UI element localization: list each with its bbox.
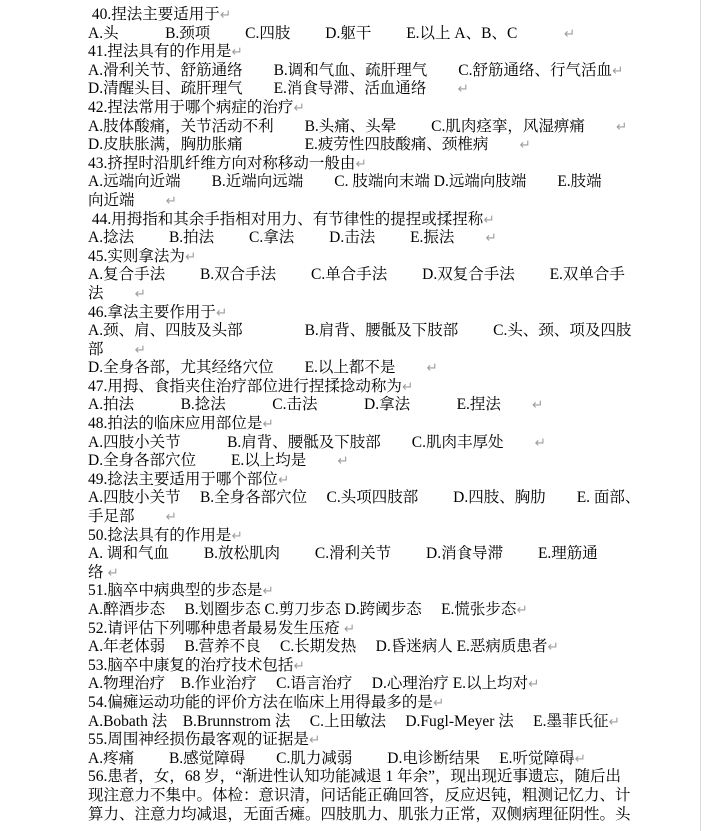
document-line: A.远端向近端 B.近端向远端 C. 肢端向末端 D.远端向肢端 E.肢端 (88, 173, 709, 192)
line-text: A.复合手法 B.双合手法 C.单合手法 D.双复合手法 E.双单合手 (88, 266, 625, 283)
paragraph-mark-icon: ↵ (135, 286, 146, 302)
paragraph-mark-icon: ↵ (609, 714, 620, 730)
line-text: D.皮肤胀满，胸肋胀痛 E.疲劳性四肢酸痛、颈椎病 (88, 136, 519, 153)
line-text: 现注意力不集中。体检：意识清，问话能正确回答，反应迟钝，粗测记忆力、计 (88, 787, 631, 804)
document-line: A.四肢小关节 B.全身各部穴位 C.头项四肢部 D.四肢、胸肋 E. 面部、 (88, 489, 709, 508)
paragraph-mark-icon: ↵ (166, 509, 177, 525)
paragraph-mark-icon: ↵ (344, 621, 355, 637)
document-line: 40.捏法主要适用于↵ (88, 6, 709, 25)
line-text: 43.挤捏时沿肌纤维方向对称移动一般由 (88, 155, 355, 172)
line-text: 55.周围神经损伤最客观的证据是 (88, 731, 309, 748)
document-line: 现注意力不集中。体检：意识清，问话能正确回答，反应迟钝，粗测记忆力、计 (88, 787, 709, 806)
paragraph-mark-icon: ↵ (612, 63, 623, 79)
line-text: A.头 B.颈项 C.四肢 D.躯干 E.以上 A、B、C (88, 25, 564, 42)
line-text: 52.请评估下列哪种患者最易发生压疮 (88, 620, 344, 637)
line-text: 络 (88, 564, 107, 581)
document-line: 41.捏法具有的作用是↵ (88, 43, 709, 62)
paragraph-mark-icon: ↵ (575, 751, 586, 767)
paragraph-mark-icon: ↵ (135, 342, 146, 358)
paragraph-mark-icon: ↵ (519, 137, 530, 153)
line-text: 手足部 (88, 508, 166, 525)
document-line: 51.脑卒中病典型的步态是↵ (88, 582, 709, 601)
paragraph-mark-icon: ↵ (402, 379, 413, 395)
line-text: 46.拿法主要作用于 (88, 304, 216, 321)
paragraph-mark-icon: ↵ (262, 416, 273, 432)
paragraph-mark-icon: ↵ (309, 732, 320, 748)
document-page: 40.捏法主要适用于↵A.头 B.颈项 C.四肢 D.躯干 E.以上 A、B、C… (0, 0, 709, 831)
document-line: A.滑利关节、舒筋通络 B.调和气血、疏肝理气 C.舒筋通络、行气活血↵ (88, 62, 709, 81)
document-line: D.全身各部，尤其经络穴位 E.以上都不是 ↵ (88, 359, 709, 378)
line-text: 49.捻法主要适用于哪个部位 (88, 471, 278, 488)
document-line: 42.捏法常用于哪个病症的治疗↵ (88, 99, 709, 118)
document-line: A. 调和气血 B.放松肌肉 C.滑利关节 D.消食导滞 E.理筋通 (88, 545, 709, 564)
line-text: A.肢体酸痛，关节活动不利 B.头痛、头晕 C.肌肉痉挛，风湿痹痛 (88, 118, 616, 135)
document-line: 49.捻法主要适用于哪个部位↵ (88, 471, 709, 490)
paragraph-mark-icon: ↵ (293, 658, 304, 674)
page-edge-divider (700, 0, 701, 831)
line-text: A.四肢小关节 B.全身各部穴位 C.头项四肢部 D.四肢、胸肋 E. 面部、 (88, 489, 640, 506)
document-line: A.Bobath 法 B.Brunnstrom 法 C.上田敏法 D.Fugl-… (88, 713, 709, 732)
paragraph-mark-icon: ↵ (262, 583, 273, 599)
line-text: 45.实则拿法为 (88, 248, 185, 265)
line-text: 50.捻法具有的作用是 (88, 527, 231, 544)
document-line: A.疼痛 B.感觉障碍 C.肌力减弱 D.电诊断结果 E.听觉障碍↵ (88, 750, 709, 769)
line-text: 法 (88, 285, 135, 302)
document-line: 55.周围神经损伤最客观的证据是↵ (88, 731, 709, 750)
line-text: A.疼痛 B.感觉障碍 C.肌力减弱 D.电诊断结果 E.听觉障碍 (88, 750, 575, 767)
paragraph-mark-icon: ↵ (166, 193, 177, 209)
paragraph-mark-icon: ↵ (528, 676, 539, 692)
line-text: D.全身各部，尤其经络穴位 E.以上都不是 (88, 359, 426, 376)
line-text: 算力、注意力均减退，无面舌瘫。四肢肌力、肌张力正常，双侧病理征阴性。头 (88, 806, 631, 823)
paragraph-mark-icon: ↵ (220, 7, 231, 23)
document-line: 络 ↵ (88, 564, 709, 583)
document-line: 46.拿法主要作用于↵ (88, 304, 709, 323)
paragraph-mark-icon: ↵ (231, 528, 242, 544)
paragraph-mark-icon: ↵ (278, 472, 289, 488)
document-line: 手足部 ↵ (88, 508, 709, 527)
line-text: 47.用拇、食指夹住治疗部位进行捏揉捻动称为 (88, 378, 402, 395)
document-line: 43.挤捏时沿肌纤维方向对称移动一般由↵ (88, 155, 709, 174)
line-text: A.远端向近端 B.近端向远端 C. 肢端向末端 D.远端向肢端 E.肢端 (88, 173, 602, 190)
question-list: 40.捏法主要适用于↵A.头 B.颈项 C.四肢 D.躯干 E.以上 A、B、C… (88, 6, 709, 824)
paragraph-mark-icon: ↵ (107, 565, 118, 581)
paragraph-mark-icon: ↵ (532, 397, 543, 413)
document-line: A.年老体弱 B.营养不良 C.长期发热 D.昏迷病人 E.恶病质患者↵ (88, 638, 709, 657)
document-line: A.捻法 B.拍法 C.拿法 D.击法 E.振法 ↵ (88, 229, 709, 248)
document-line: 48.拍法的临床应用部位是↵ (88, 415, 709, 434)
document-line: 54.偏瘫运动功能的评价方法在临床上用得最多的是↵ (88, 694, 709, 713)
document-line: 52.请评估下列哪种患者最易发生压疮 ↵ (88, 620, 709, 639)
line-text: A.醉酒步态 B.划圈步态 C.剪刀步态 D.跨阈步态 E.慌张步态 (88, 601, 516, 618)
paragraph-mark-icon: ↵ (433, 695, 444, 711)
line-text: A.四肢小关节 B.肩背、腰骶及下肢部 C.肌肉丰厚处 (88, 434, 535, 451)
document-line: A.头 B.颈项 C.四肢 D.躯干 E.以上 A、B、C ↵ (88, 25, 709, 44)
paragraph-mark-icon: ↵ (337, 453, 348, 469)
line-text: 部 (88, 341, 135, 358)
document-line: A.物理治疗 B.作业治疗 C.语言治疗 D.心理治疗 E.以上均对↵ (88, 675, 709, 694)
line-text: A.拍法 B.捻法 C.击法 D.拿法 E.捏法 (88, 396, 532, 413)
document-line: A.四肢小关节 B.肩背、腰骶及下肢部 C.肌肉丰厚处 ↵ (88, 434, 709, 453)
line-text: A.Bobath 法 B.Brunnstrom 法 C.上田敏法 D.Fugl-… (88, 713, 609, 730)
document-line: 向近端 ↵ (88, 192, 709, 211)
line-text: A.年老体弱 B.营养不良 C.长期发热 D.昏迷病人 E.恶病质患者 (88, 638, 547, 655)
line-text: 41.捏法具有的作用是 (88, 43, 231, 60)
line-text: 53.脑卒中康复的治疗技术包括 (88, 657, 293, 674)
paragraph-mark-icon: ↵ (516, 602, 527, 618)
line-text: 51.脑卒中病典型的步态是 (88, 582, 262, 599)
paragraph-mark-icon: ↵ (616, 119, 627, 135)
document-line: 算力、注意力均减退，无面舌瘫。四肢肌力、肌张力正常，双侧病理征阴性。头 (88, 806, 709, 825)
document-line: 部 ↵ (88, 341, 709, 360)
line-text: A. 调和气血 B.放松肌肉 C.滑利关节 D.消食导滞 E.理筋通 (88, 545, 598, 562)
document-line: A.醉酒步态 B.划圈步态 C.剪刀步态 D.跨阈步态 E.慌张步态↵ (88, 601, 709, 620)
document-line: A.复合手法 B.双合手法 C.单合手法 D.双复合手法 E.双单合手 (88, 266, 709, 285)
paragraph-mark-icon: ↵ (426, 360, 437, 376)
document-line: 44.用拇指和其余手指相对用力、有节律性的提捏或揉捏称↵ (88, 211, 709, 230)
line-text: 48.拍法的临床应用部位是 (88, 415, 262, 432)
line-text: 56.患者，女，68 岁，“渐进性认知功能减退 1 年余”，现出现近事遗忘，随后… (88, 768, 621, 785)
paragraph-mark-icon: ↵ (535, 435, 546, 451)
paragraph-mark-icon: ↵ (355, 156, 366, 172)
line-text: A.物理治疗 B.作业治疗 C.语言治疗 D.心理治疗 E.以上均对 (88, 675, 528, 692)
line-text: A.滑利关节、舒筋通络 B.调和气血、疏肝理气 C.舒筋通络、行气活血 (88, 62, 612, 79)
line-text: A.颈、肩、四肢及头部 B.肩背、腰骶及下肢部 C.头、颈、项及四肢 (88, 322, 631, 339)
document-line: 45.实则拿法为↵ (88, 248, 709, 267)
document-line: A.拍法 B.捻法 C.击法 D.拿法 E.捏法 ↵ (88, 396, 709, 415)
paragraph-mark-icon: ↵ (547, 639, 558, 655)
document-line: 56.患者，女，68 岁，“渐进性认知功能减退 1 年余”，现出现近事遗忘，随后… (88, 768, 709, 787)
paragraph-mark-icon: ↵ (231, 44, 242, 60)
document-line: A.肢体酸痛，关节活动不利 B.头痛、头晕 C.肌肉痉挛，风湿痹痛 ↵ (88, 118, 709, 137)
line-text: A.捻法 B.拍法 C.拿法 D.击法 E.振法 (88, 229, 485, 246)
paragraph-mark-icon: ↵ (185, 249, 196, 265)
line-text: D.全身各部穴位 E.以上均是 (88, 452, 337, 469)
line-text: D.清醒头目、疏肝理气 E.消食导滞、活血通络 (88, 80, 457, 97)
line-text: 40.捏法主要适用于 (88, 6, 220, 23)
line-text: 54.偏瘫运动功能的评价方法在临床上用得最多的是 (88, 694, 433, 711)
document-line: 50.捻法具有的作用是↵ (88, 527, 709, 546)
document-line: A.颈、肩、四肢及头部 B.肩背、腰骶及下肢部 C.头、颈、项及四肢 (88, 322, 709, 341)
document-line: 47.用拇、食指夹住治疗部位进行捏揉捻动称为↵ (88, 378, 709, 397)
document-line: 53.脑卒中康复的治疗技术包括↵ (88, 657, 709, 676)
document-line: D.全身各部穴位 E.以上均是 ↵ (88, 452, 709, 471)
paragraph-mark-icon: ↵ (485, 230, 496, 246)
document-line: D.清醒头目、疏肝理气 E.消食导滞、活血通络 ↵ (88, 80, 709, 99)
line-text: 向近端 (88, 192, 166, 209)
document-line: D.皮肤胀满，胸肋胀痛 E.疲劳性四肢酸痛、颈椎病 ↵ (88, 136, 709, 155)
paragraph-mark-icon: ↵ (216, 305, 227, 321)
paragraph-mark-icon: ↵ (457, 81, 468, 97)
line-text: 44.用拇指和其余手指相对用力、有节律性的提捏或揉捏称 (88, 211, 483, 228)
line-text: 42.捏法常用于哪个病症的治疗 (88, 99, 293, 116)
document-line: 法 ↵ (88, 285, 709, 304)
paragraph-mark-icon: ↵ (483, 212, 494, 228)
paragraph-mark-icon: ↵ (564, 26, 575, 42)
paragraph-mark-icon: ↵ (293, 100, 304, 116)
